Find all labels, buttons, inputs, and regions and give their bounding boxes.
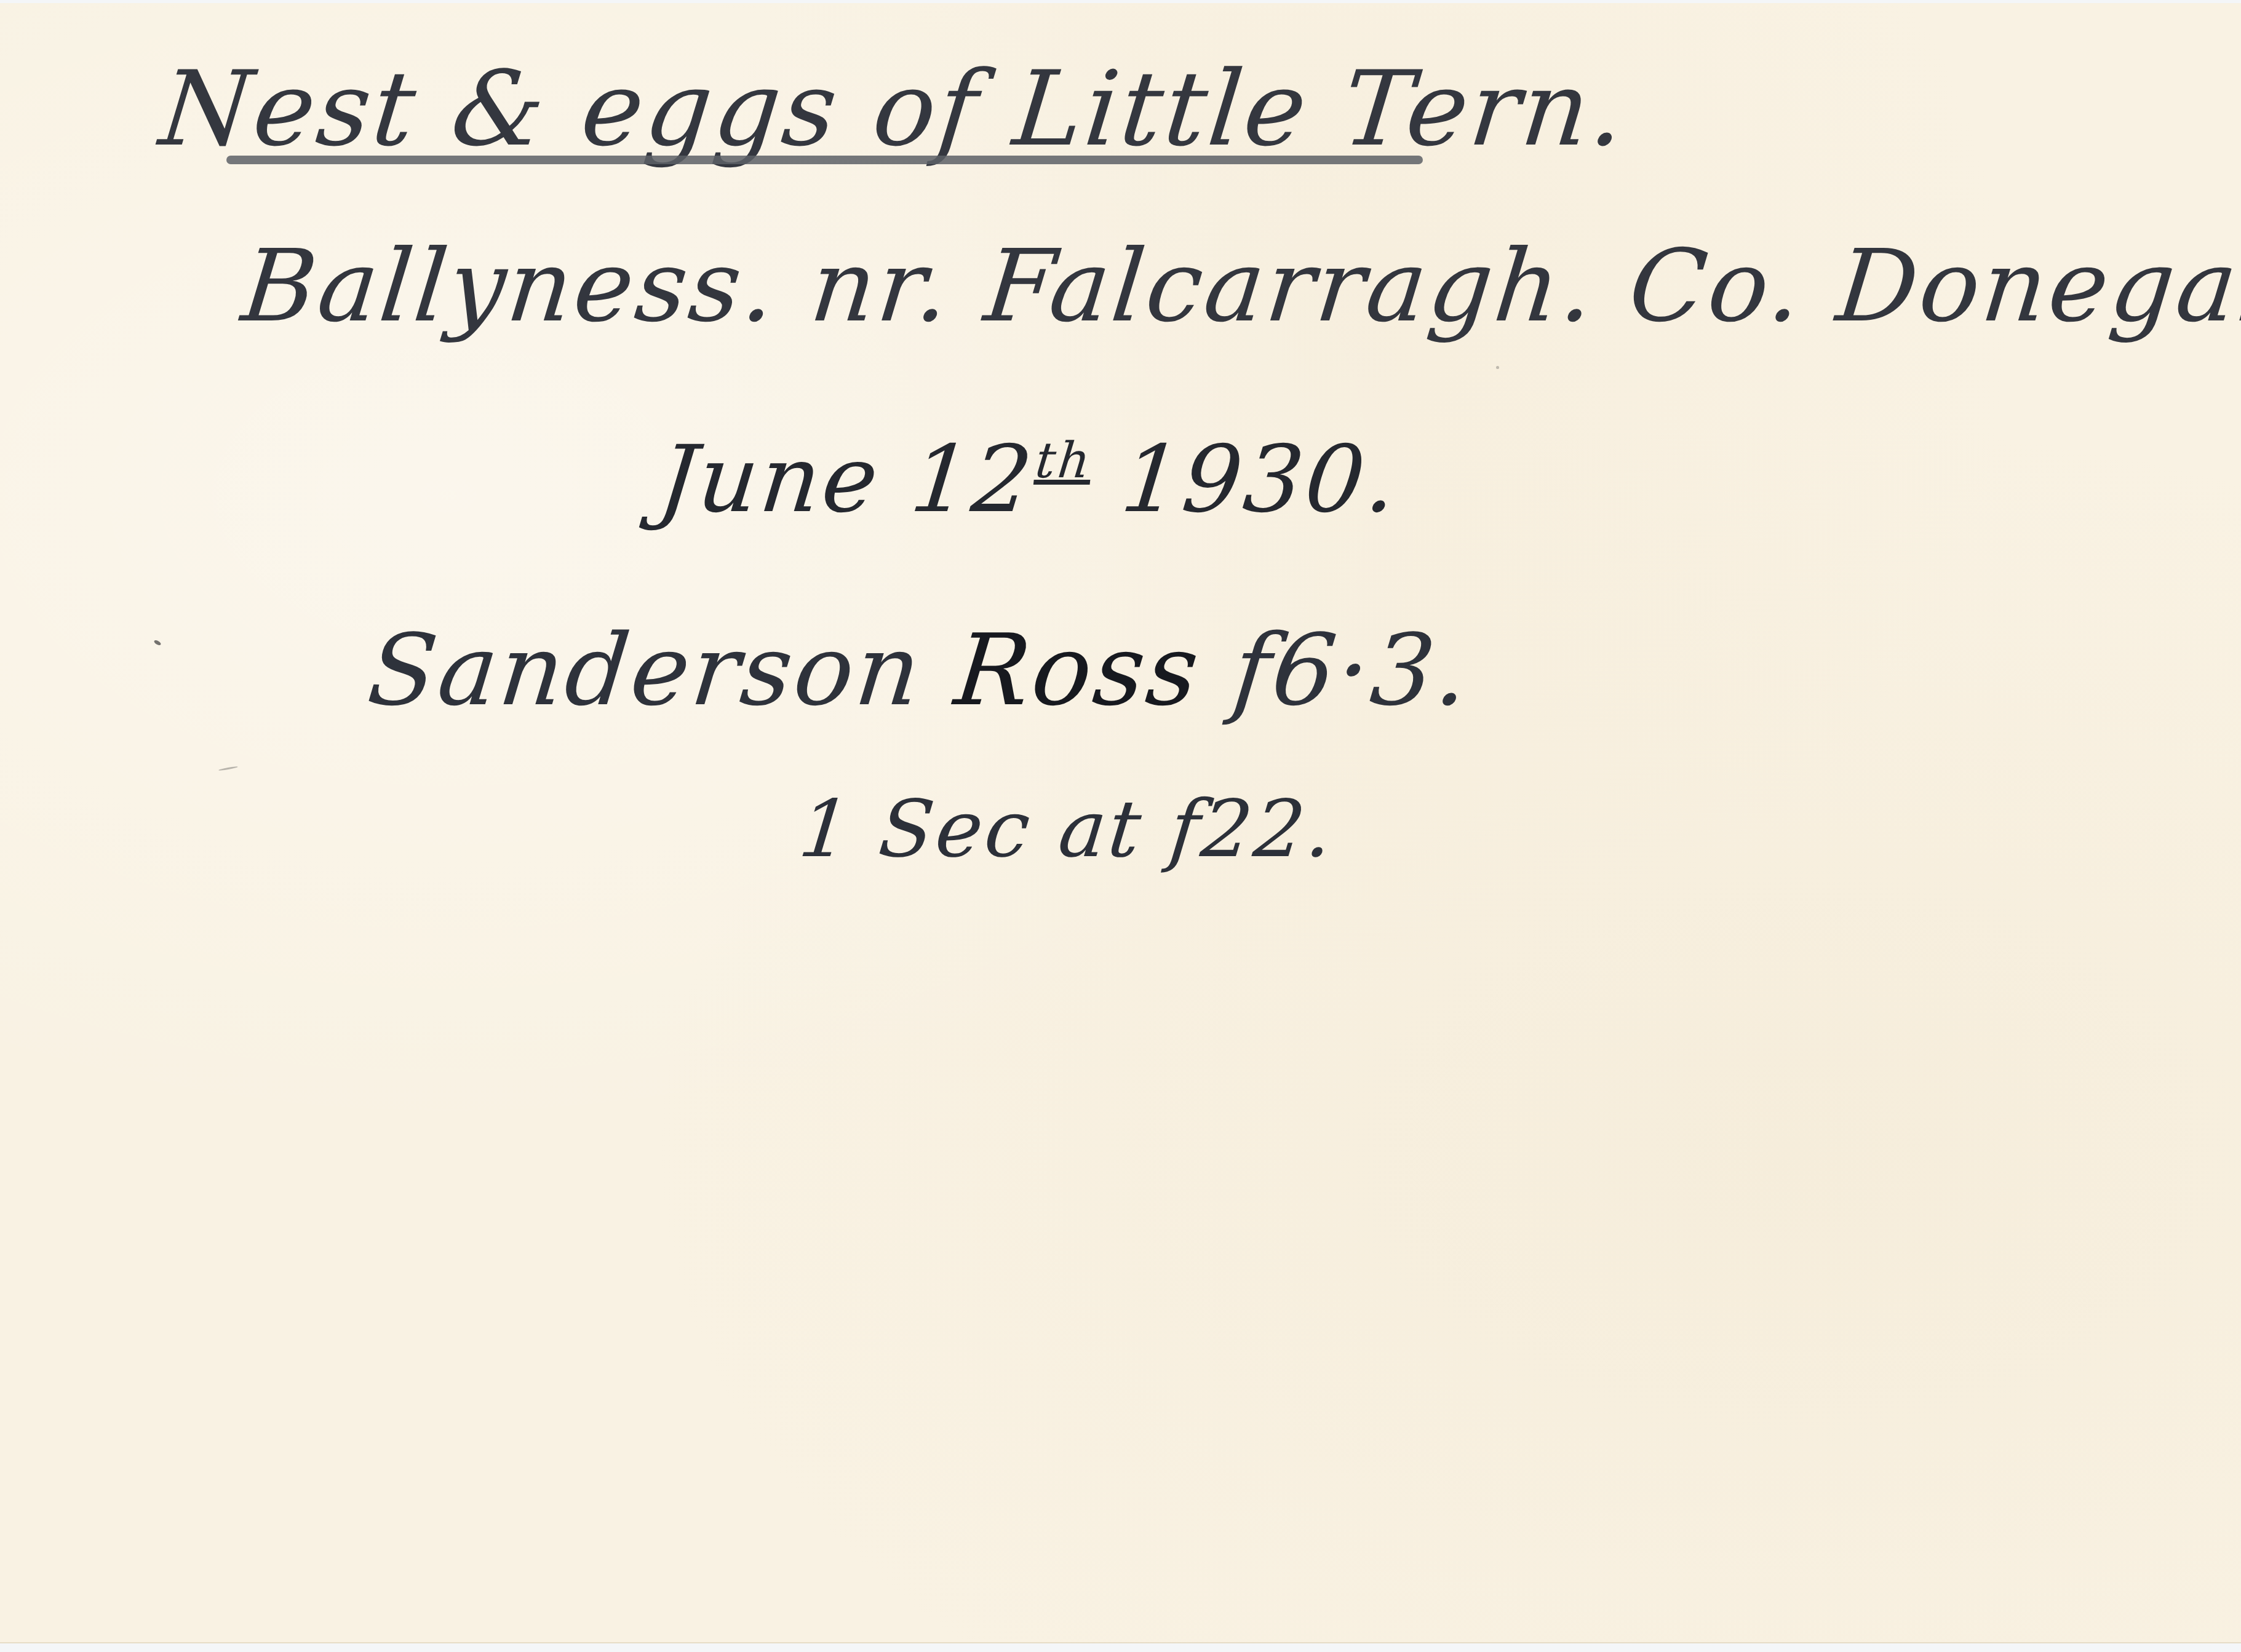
date-month-day: June 12: [654, 426, 1040, 533]
paper-speck: [1496, 366, 1499, 369]
title-underline: [226, 156, 1423, 164]
caption-card: Nest & eggs of Little Tern. Ballyness. n…: [0, 3, 2241, 1643]
caption-title: Nest & eggs of Little Tern.: [156, 57, 1632, 161]
camera-lens-line: Sanderson Ross f6·3.: [364, 621, 1476, 720]
date-year: 1930.: [1085, 426, 1404, 533]
lens-name: Ross: [950, 613, 1206, 728]
paper-speck: [153, 639, 161, 646]
camera-name: Sanderson: [363, 613, 962, 728]
paper-speck: [218, 766, 238, 771]
exposure-line: 1 Sec at f22.: [795, 790, 1339, 869]
location-line: Ballyness. nr. Falcarragh. Co. Donegal.: [237, 237, 2241, 336]
date-line: June 12th 1930.: [655, 434, 1403, 526]
lens-aperture: f6·3.: [1194, 613, 1476, 728]
date-ordinal: th: [1033, 432, 1095, 489]
